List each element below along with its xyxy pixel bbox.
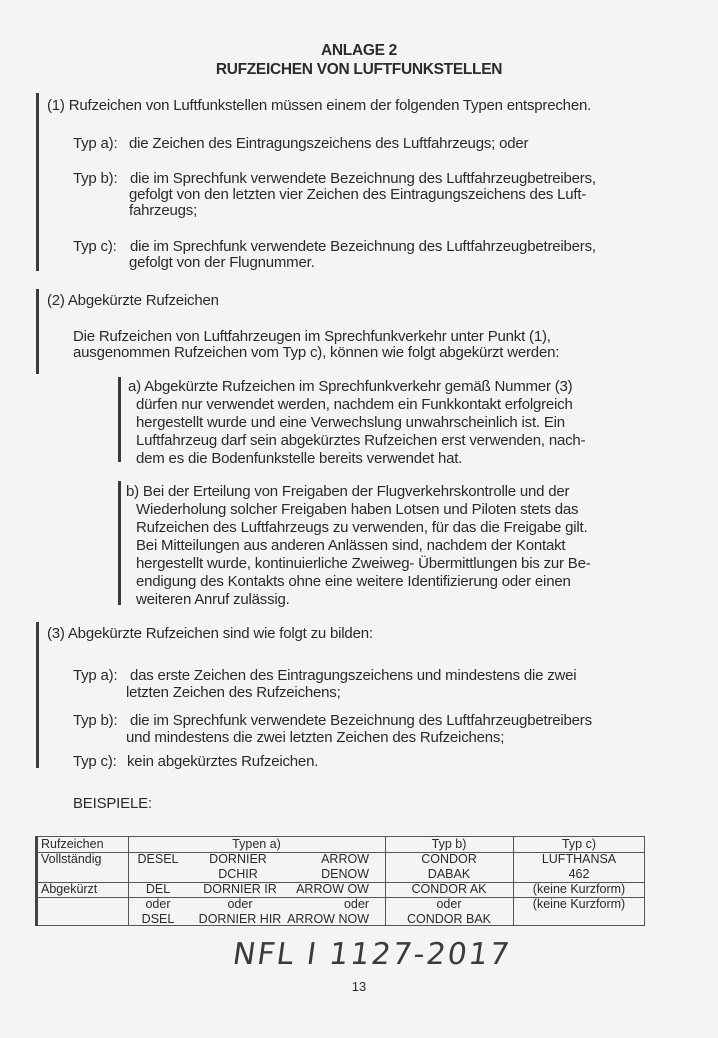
- section1-typ-b-label: Typ b):: [73, 169, 117, 188]
- section1-typ-a-text: die Zeichen des Eintragungszeichens des …: [129, 134, 528, 153]
- change-bar: [35, 836, 38, 926]
- section2-para-line: ausgenommen Rufzeichen vom Typ c), könne…: [73, 343, 559, 362]
- section1-typ-b-line: fahrzeugs;: [129, 201, 197, 220]
- table-cell: DORNIER: [188, 852, 288, 867]
- item-a-line: a) Abgekürzte Rufzeichen im Sprechfunkve…: [128, 377, 572, 396]
- page-heading: ANLAGE 2: [0, 42, 718, 60]
- item-a-line: dürfen nur verwendet werden, nachdem ein…: [136, 395, 573, 414]
- item-b-line: Wiederholung solcher Freigaben haben Lot…: [136, 500, 578, 519]
- table-row-label: Vollständig: [41, 852, 101, 867]
- table-cell: DCHIR: [188, 867, 288, 882]
- table-cell: 462: [513, 867, 645, 882]
- item-a-line: hergestellt wurde und eine Verwechslung …: [136, 413, 565, 432]
- section3-typ-c-label: Typ c):: [73, 752, 117, 771]
- table-cell: ARROW: [321, 852, 369, 867]
- table-header-typ-c: Typ c): [513, 837, 645, 852]
- table-cell: oder: [188, 897, 292, 912]
- item-b-line: weiteren Anruf zulässig.: [136, 590, 290, 609]
- section3-heading: (3) Abgekürzte Rufzeichen sind wie folgt…: [47, 624, 373, 643]
- item-b-line: b) Bei der Erteilung von Freigaben der F…: [126, 482, 569, 501]
- table-cell: oder: [385, 897, 513, 912]
- table-cell: CONDOR BAK: [385, 912, 513, 927]
- change-bar: [118, 481, 121, 605]
- item-a-line: Luftfahrzeug darf sein abgekürztes Rufze…: [136, 431, 585, 450]
- section2-heading: (2) Abgekürzte Rufzeichen: [47, 291, 219, 310]
- table-cell: (keine Kurzform): [513, 897, 645, 912]
- change-bar: [36, 622, 39, 768]
- table-cell: DENOW: [321, 867, 369, 882]
- table-cell: DSEL: [128, 912, 188, 927]
- handwritten-note: NFL I 1127-2017: [231, 937, 514, 972]
- change-bar: [36, 93, 39, 271]
- section3-typ-b-label: Typ b):: [73, 711, 117, 730]
- section3-typ-a-line: letzten Zeichen des Rufzeichens;: [126, 683, 341, 702]
- table-row-label: Abgekürzt: [41, 882, 97, 897]
- item-b-line: hergestellt wurde, kontinuierliche Zweiw…: [136, 554, 591, 573]
- item-a-line: dem es die Bodenfunkstelle bereits verwe…: [136, 449, 462, 468]
- examples-label: BEISPIELE:: [73, 794, 152, 813]
- section3-typ-b-line: und mindestens die zwei letzten Zeichen …: [126, 728, 504, 747]
- table-cell: DEL: [128, 882, 188, 897]
- change-bar: [118, 377, 121, 462]
- table-cell: DORNIER HIR: [188, 912, 292, 927]
- table-header-typen-a: Typen a): [128, 837, 385, 852]
- examples-table: Rufzeichen Typen a) Typ b) Typ c) Vollst…: [35, 836, 645, 926]
- section1-typ-a-label: Typ a):: [73, 134, 117, 153]
- table-cell: ARROW OW: [296, 882, 369, 897]
- table-header-rufzeichen: Rufzeichen: [41, 837, 104, 852]
- table-cell: CONDOR: [385, 852, 513, 867]
- table-cell: oder: [128, 897, 188, 912]
- section1-typ-b-line: gefolgt von den letzten vier Zeichen des…: [129, 185, 586, 204]
- item-b-line: endigung des Kontakts ohne eine weitere …: [136, 572, 571, 591]
- table-cell: oder: [344, 897, 369, 912]
- item-b-line: Bei Mitteilungen aus anderen Anlässen si…: [136, 536, 565, 555]
- page-subheading: RUFZEICHEN VON LUFTFUNKSTELLEN: [0, 61, 718, 79]
- change-bar: [36, 289, 39, 374]
- section3-typ-c-text: kein abgekürztes Rufzeichen.: [127, 752, 318, 771]
- page-number: 13: [0, 979, 718, 994]
- section1-typ-c-label: Typ c):: [73, 237, 117, 256]
- section1-typ-c-line: gefolgt von der Flugnummer.: [129, 253, 315, 272]
- table-cell: DABAK: [385, 867, 513, 882]
- item-b-line: Rufzeichen des Luftfahrzeugs zu verwende…: [136, 518, 587, 537]
- section1-intro: (1) Rufzeichen von Luftfunkstellen müsse…: [47, 96, 591, 115]
- table-cell: CONDOR AK: [385, 882, 513, 897]
- table-cell: LUFTHANSA: [513, 852, 645, 867]
- section3-typ-a-label: Typ a):: [73, 666, 117, 685]
- table-cell: ARROW NOW: [287, 912, 369, 927]
- table-cell: (keine Kurzform): [513, 882, 645, 897]
- table-cell: DORNIER IR: [188, 882, 292, 897]
- table-header-typ-b: Typ b): [385, 837, 513, 852]
- table-cell: DESEL: [128, 852, 188, 867]
